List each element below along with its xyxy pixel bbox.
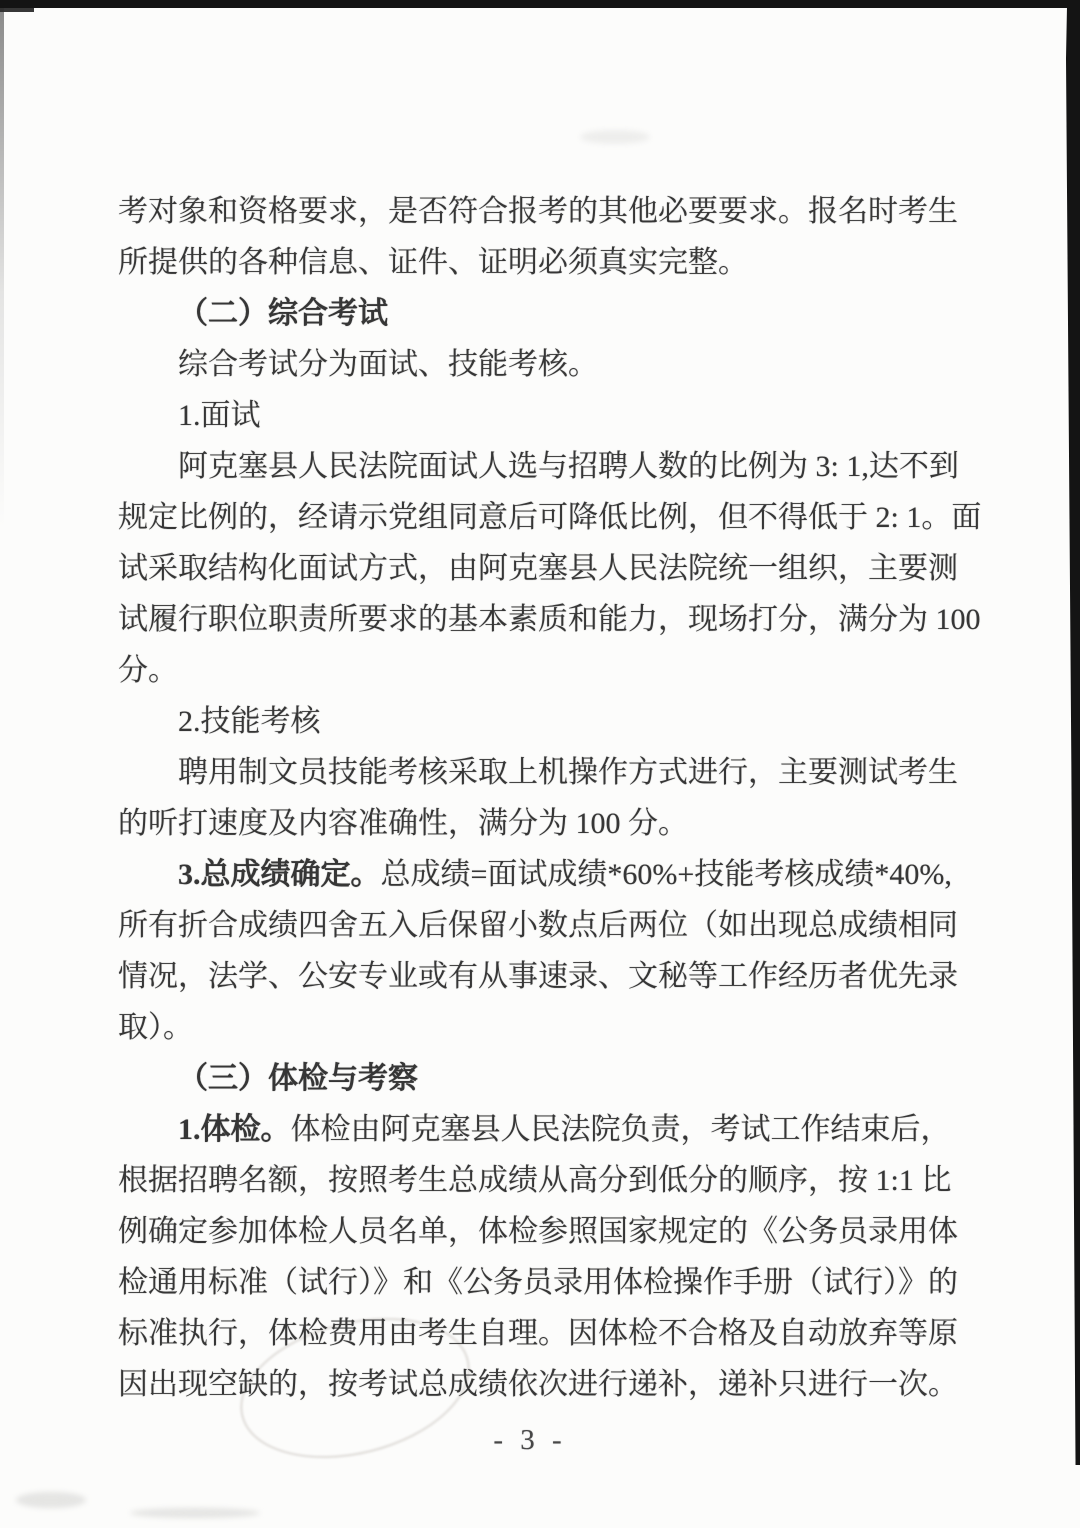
- text-segment: 分。: [118, 654, 178, 687]
- text-line: 因出现空缺的，按考试总成绩依次进行递补，递补只进行一次。: [118, 1359, 942, 1410]
- text-segment: 试履行职位职责所要求的基本素质和能力，现场打分，满分为 100: [118, 603, 981, 636]
- text-line: （三）体检与考察: [118, 1053, 942, 1104]
- text-segment: 因出现空缺的，按考试总成绩依次进行递补，递补只进行一次。: [118, 1368, 958, 1401]
- scan-edge-top-left: [0, 0, 34, 12]
- text-segment: 综合考试分为面试、技能考核。: [178, 348, 598, 381]
- text-segment: 检通用标准（试行）》和《公务员录用体检操作手册（试行）》的: [118, 1266, 958, 1299]
- text-segment: 所提供的各种信息、证件、证明必须真实完整。: [118, 246, 748, 279]
- text-segment: 聘用制文员技能考核采取上机操作方式进行，主要测试考生: [178, 756, 958, 789]
- text-line: 所提供的各种信息、证件、证明必须真实完整。: [118, 237, 942, 288]
- text-line: 3.总成绩确定。总成绩=面试成绩*60%+技能考核成绩*40%,: [118, 849, 942, 900]
- text-line: 试采取结构化面试方式，由阿克塞县人民法院统一组织，主要测: [118, 543, 942, 594]
- text-segment: 所有折合成绩四舍五入后保留小数点后两位（如出现总成绩相同: [118, 909, 958, 942]
- text-segment: 取）。: [118, 1011, 193, 1044]
- scan-smudge: [580, 130, 650, 144]
- text-line: 试履行职位职责所要求的基本素质和能力，现场打分，满分为 100: [118, 594, 942, 645]
- text-segment: 规定比例的，经请示党组同意后可降低比例，但不得低于 2: 1。面: [118, 501, 981, 534]
- bold-text-segment: 1.体检。: [178, 1113, 291, 1146]
- scan-edge-right: [1066, 0, 1080, 1465]
- text-segment: 阿克塞县人民法院面试人选与招聘人数的比例为 3: 1,达不到: [178, 450, 959, 483]
- text-line: 例确定参加体检人员名单，体检参照国家规定的《公务员录用体: [118, 1206, 942, 1257]
- text-line: 根据招聘名额，按照考生总成绩从高分到低分的顺序，按 1:1 比: [118, 1155, 942, 1206]
- text-line: 1.体检。体检由阿克塞县人民法院负责，考试工作结束后，: [118, 1104, 942, 1155]
- text-segment: 情况，法学、公安专业或有从事速录、文秘等工作经历者优先录: [118, 960, 958, 993]
- scan-edge-left: [0, 8, 4, 528]
- text-line: 的听打速度及内容准确性，满分为 100 分。: [118, 798, 942, 849]
- text-line: 分。: [118, 645, 942, 696]
- text-line: 标准执行，体检费用由考生自理。因体检不合格及自动放弃等原: [118, 1308, 942, 1359]
- text-segment: 根据招聘名额，按照考生总成绩从高分到低分的顺序，按 1:1 比: [118, 1164, 951, 1197]
- text-line: 规定比例的，经请示党组同意后可降低比例，但不得低于 2: 1。面: [118, 492, 942, 543]
- text-line: 情况，法学、公安专业或有从事速录、文秘等工作经历者优先录: [118, 951, 942, 1002]
- scan-smudge: [16, 1492, 86, 1508]
- text-line: 聘用制文员技能考核采取上机操作方式进行，主要测试考生: [118, 747, 942, 798]
- text-line: 考对象和资格要求，是否符合报考的其他必要要求。报名时考生: [118, 186, 942, 237]
- text-line: （二）综合考试: [118, 288, 942, 339]
- text-line: 综合考试分为面试、技能考核。: [118, 339, 942, 390]
- text-segment: 例确定参加体检人员名单，体检参照国家规定的《公务员录用体: [118, 1215, 958, 1248]
- text-segment: 体检由阿克塞县人民法院负责，考试工作结束后，: [291, 1113, 951, 1146]
- text-segment: 1.面试: [178, 399, 261, 432]
- bold-text-segment: （三）体检与考察: [178, 1062, 418, 1095]
- scan-edge-top: [0, 0, 1080, 8]
- document-lines: 考对象和资格要求，是否符合报考的其他必要要求。报名时考生所提供的各种信息、证件、…: [118, 186, 942, 1410]
- text-line: 1.面试: [118, 390, 942, 441]
- document-body: 考对象和资格要求，是否符合报考的其他必要要求。报名时考生所提供的各种信息、证件、…: [118, 186, 942, 1410]
- text-line: 所有折合成绩四舍五入后保留小数点后两位（如出现总成绩相同: [118, 900, 942, 951]
- text-segment: 2.技能考核: [178, 705, 321, 738]
- text-line: 检通用标准（试行）》和《公务员录用体检操作手册（试行）》的: [118, 1257, 942, 1308]
- text-segment: 标准执行，体检费用由考生自理。因体检不合格及自动放弃等原: [118, 1317, 958, 1350]
- text-segment: 考对象和资格要求，是否符合报考的其他必要要求。报名时考生: [118, 195, 958, 228]
- page-number: - 3 -: [118, 1424, 942, 1457]
- text-segment: 试采取结构化面试方式，由阿克塞县人民法院统一组织，主要测: [118, 552, 958, 585]
- scanned-document-page: 考对象和资格要求，是否符合报考的其他必要要求。报名时考生所提供的各种信息、证件、…: [0, 0, 1080, 1528]
- text-line: 阿克塞县人民法院面试人选与招聘人数的比例为 3: 1,达不到: [118, 441, 942, 492]
- bold-text-segment: （二）综合考试: [178, 297, 388, 330]
- text-line: 取）。: [118, 1002, 942, 1053]
- bold-text-segment: 3.总成绩确定。: [178, 858, 381, 891]
- scan-smudge: [130, 1508, 260, 1518]
- text-segment: 的听打速度及内容准确性，满分为 100 分。: [118, 807, 688, 840]
- text-line: 2.技能考核: [118, 696, 942, 747]
- text-segment: 总成绩=面试成绩*60%+技能考核成绩*40%,: [381, 858, 952, 891]
